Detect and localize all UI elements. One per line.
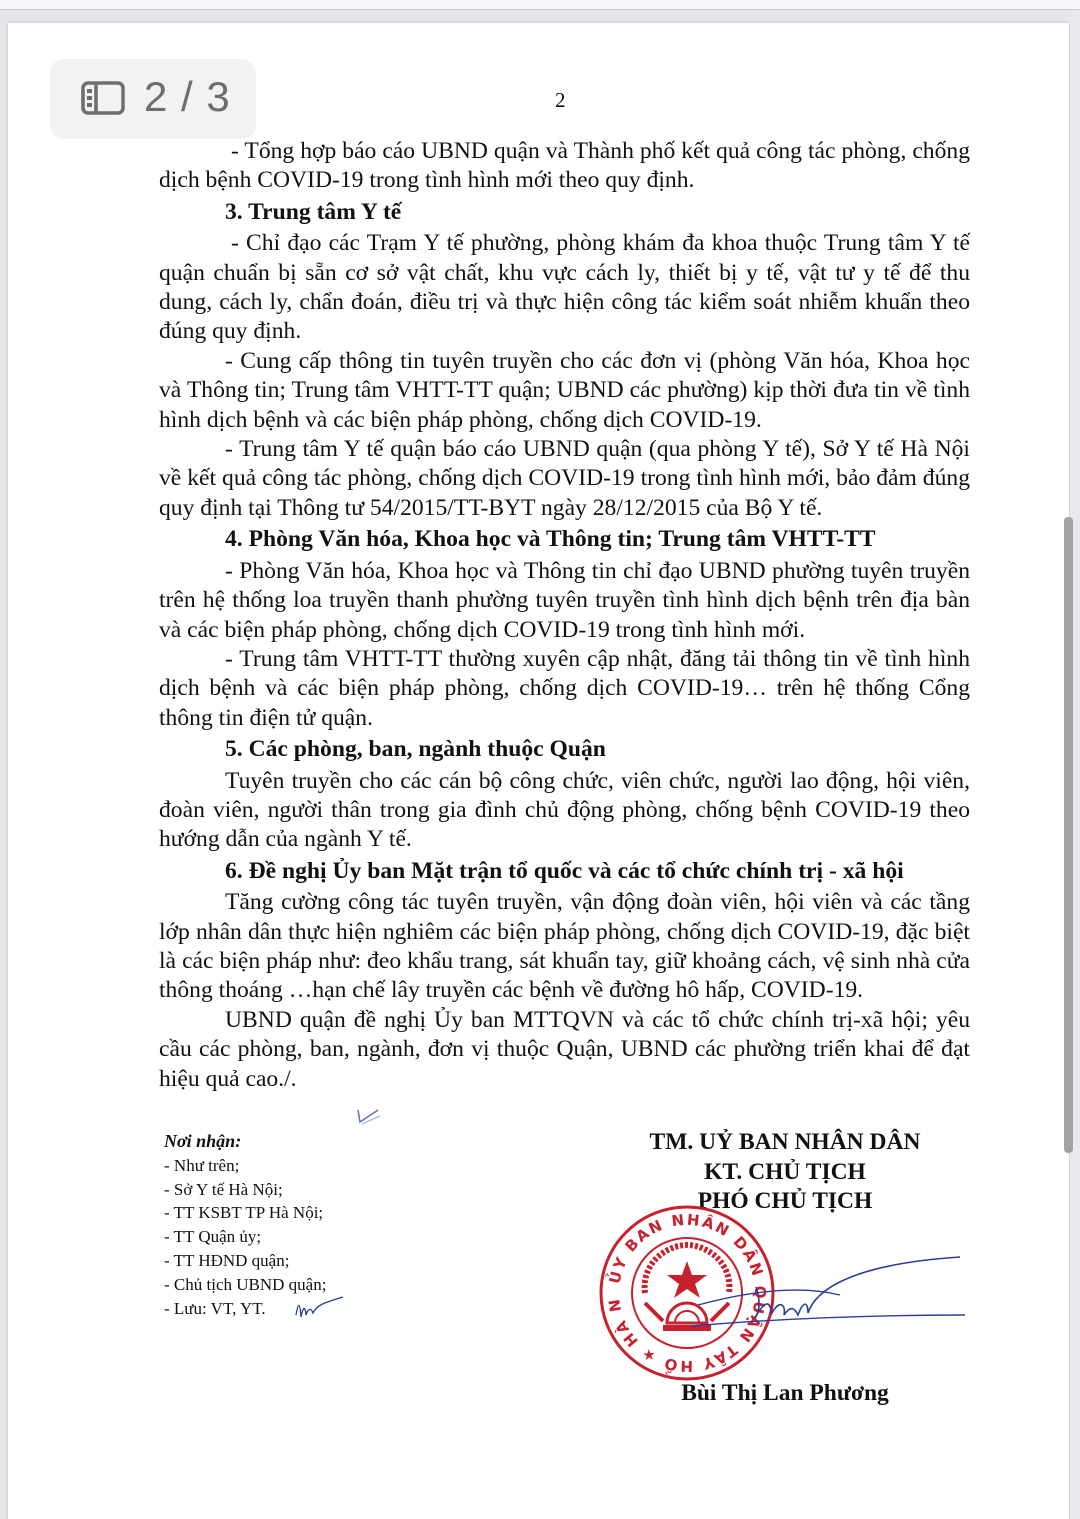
handwritten-signature [690,1255,970,1335]
body-paragraph: Tuyên truyền cho các cán bộ công chức, v… [159,767,970,855]
body-paragraph: - Phòng Văn hóa, Khoa học và Thông tin c… [159,557,970,645]
body-paragraph: Tăng cường công tác tuyên truyền, vận độ… [159,888,970,1006]
sidebar-toggle-icon [81,81,125,115]
recipient-item: - TT HĐND quận; [164,1249,326,1273]
recipient-item: - TT KSBT TP Hà Nội; [164,1201,326,1225]
body-paragraph: - Tổng hợp báo cáo UBND quận và Thành ph… [159,137,970,196]
body-paragraph: - Trung tâm VHTT-TT thường xuyên cập nhậ… [159,645,970,733]
body-paragraph: - Trung tâm Y tế quận báo cáo UBND quận … [159,435,970,523]
scrollbar-thumb[interactable] [1064,517,1073,1153]
body-paragraph: UBND quận đề nghị Ủy ban MTTQVN và các t… [159,1006,970,1094]
section-heading: 4. Phòng Văn hóa, Khoa học và Thông tin;… [159,525,970,554]
recipient-item: - Như trên; [164,1154,326,1178]
handwritten-initials [293,1293,345,1321]
document-body: - Tổng hợp báo cáo UBND quận và Thành ph… [159,137,970,1094]
recipients-title: Nơi nhận: [164,1130,326,1154]
viewer-top-bar [0,0,1080,10]
recipients-list: Nơi nhận: - Như trên;- Sở Y tế Hà Nội;- … [164,1130,326,1320]
signer-name: Bùi Thị Lan Phương [640,1380,930,1407]
page-indicator-label: 2 / 3 [144,73,231,121]
signature-org: TM. UỶ BAN NHÂN DÂN [610,1128,960,1158]
body-paragraph: - Chỉ đạo các Trạm Y tế phường, phòng kh… [159,229,970,347]
page-indicator-button[interactable]: 2 / 3 [50,59,256,139]
signature-role: KT. CHỦ TỊCH [610,1158,960,1188]
section-heading: 5. Các phòng, ban, ngành thuộc Quận [159,735,970,764]
page-number: 2 [555,88,566,113]
section-heading: 6. Đề nghị Ủy ban Mặt trận tổ quốc và cá… [159,857,970,886]
handwritten-tick-mark [352,1104,384,1128]
body-paragraph: - Cung cấp thông tin tuyên truyền cho cá… [159,347,970,435]
recipient-item: - TT Quận ủy; [164,1225,326,1249]
recipient-item: - Sở Y tế Hà Nội; [164,1178,326,1202]
section-heading: 3. Trung tâm Y tế [159,198,970,227]
